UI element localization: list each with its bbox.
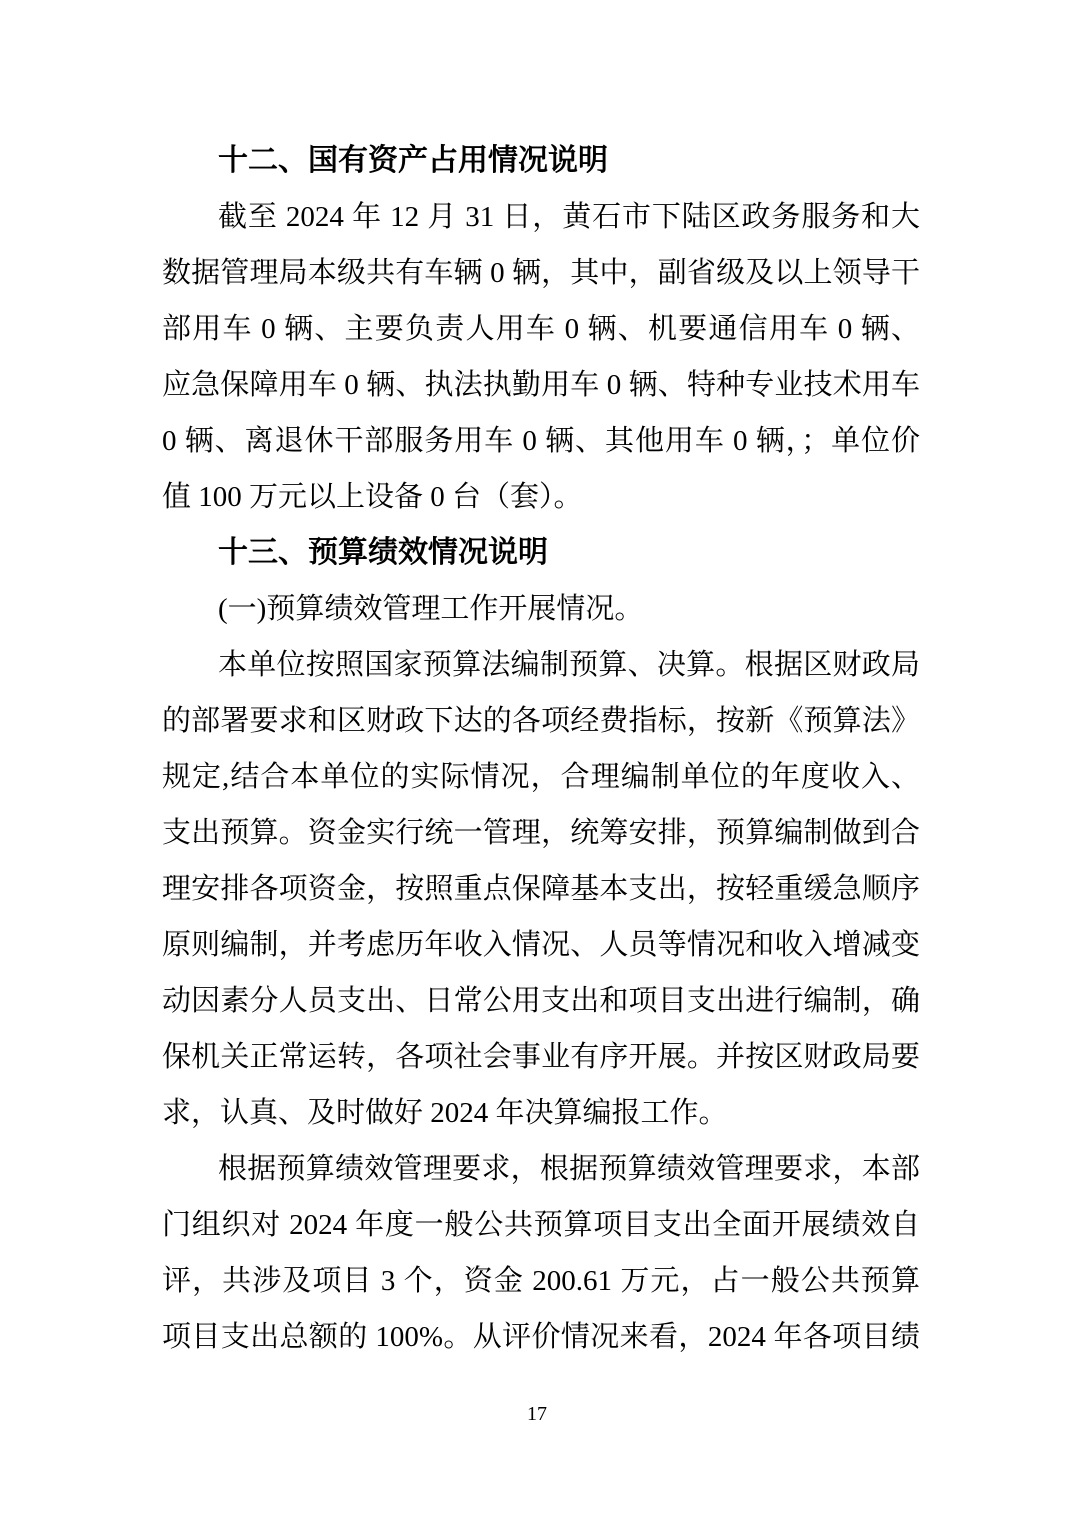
text-line: 部用车 0 辆、主要负责人用车 0 辆、机要通信用车 0 辆、 [162, 301, 920, 357]
text-line: 保机关正常运转，各项社会事业有序开展。并按区财政局要 [162, 1029, 920, 1085]
section-heading-13: 十三、预算绩效情况说明 [162, 525, 920, 581]
text-line: 规定,结合本单位的实际情况，合理编制单位的年度收入、 [162, 749, 920, 805]
text-line: 评，共涉及项目 3 个，资金 200.61 万元，占一般公共预算 [162, 1253, 920, 1309]
sub-heading: (一)预算绩效管理工作开展情况。 [162, 581, 920, 637]
text-line: 原则编制，并考虑历年收入情况、人员等情况和收入增减变 [162, 917, 920, 973]
text-line: 门组织对 2024 年度一般公共预算项目支出全面开展绩效自 [162, 1197, 920, 1253]
text-line: 的部署要求和区财政下达的各项经费指标，按新《预算法》 [162, 693, 920, 749]
text-line: 动因素分人员支出、日常公用支出和项目支出进行编制，确 [162, 973, 920, 1029]
text-line: 值 100 万元以上设备 0 台（套）。 [162, 469, 920, 525]
text-line: 支出预算。资金实行统一管理，统筹安排，预算编制做到合 [162, 805, 920, 861]
text-line: 项目支出总额的 100%。从评价情况来看，2024 年各项目绩 [162, 1309, 920, 1365]
text-line: 数据管理局本级共有车辆 0 辆，其中，副省级及以上领导干 [162, 245, 920, 301]
text-line: 截至 2024 年 12 月 31 日，黄石市下陆区政务服务和大 [162, 189, 920, 245]
document-page: 十二、国有资产占用情况说明 截至 2024 年 12 月 31 日，黄石市下陆区… [0, 0, 1074, 1520]
document-body: 十二、国有资产占用情况说明 截至 2024 年 12 月 31 日，黄石市下陆区… [162, 133, 920, 1365]
text-line: 应急保障用车 0 辆、执法执勤用车 0 辆、特种专业技术用车 [162, 357, 920, 413]
text-line: 本单位按照国家预算法编制预算、决算。根据区财政局 [162, 637, 920, 693]
text-line: 理安排各项资金，按照重点保障基本支出，按轻重缓急顺序 [162, 861, 920, 917]
text-line: 0 辆、离退休干部服务用车 0 辆、其他用车 0 辆，；单位价 [162, 413, 920, 469]
page-number: 17 [527, 1403, 547, 1425]
page-footer: 17 [0, 1400, 1074, 1428]
text-line: 求，认真、及时做好 2024 年决算编报工作。 [162, 1085, 920, 1141]
text-line: 根据预算绩效管理要求，根据预算绩效管理要求，本部 [162, 1141, 920, 1197]
section-heading-12: 十二、国有资产占用情况说明 [162, 133, 920, 189]
